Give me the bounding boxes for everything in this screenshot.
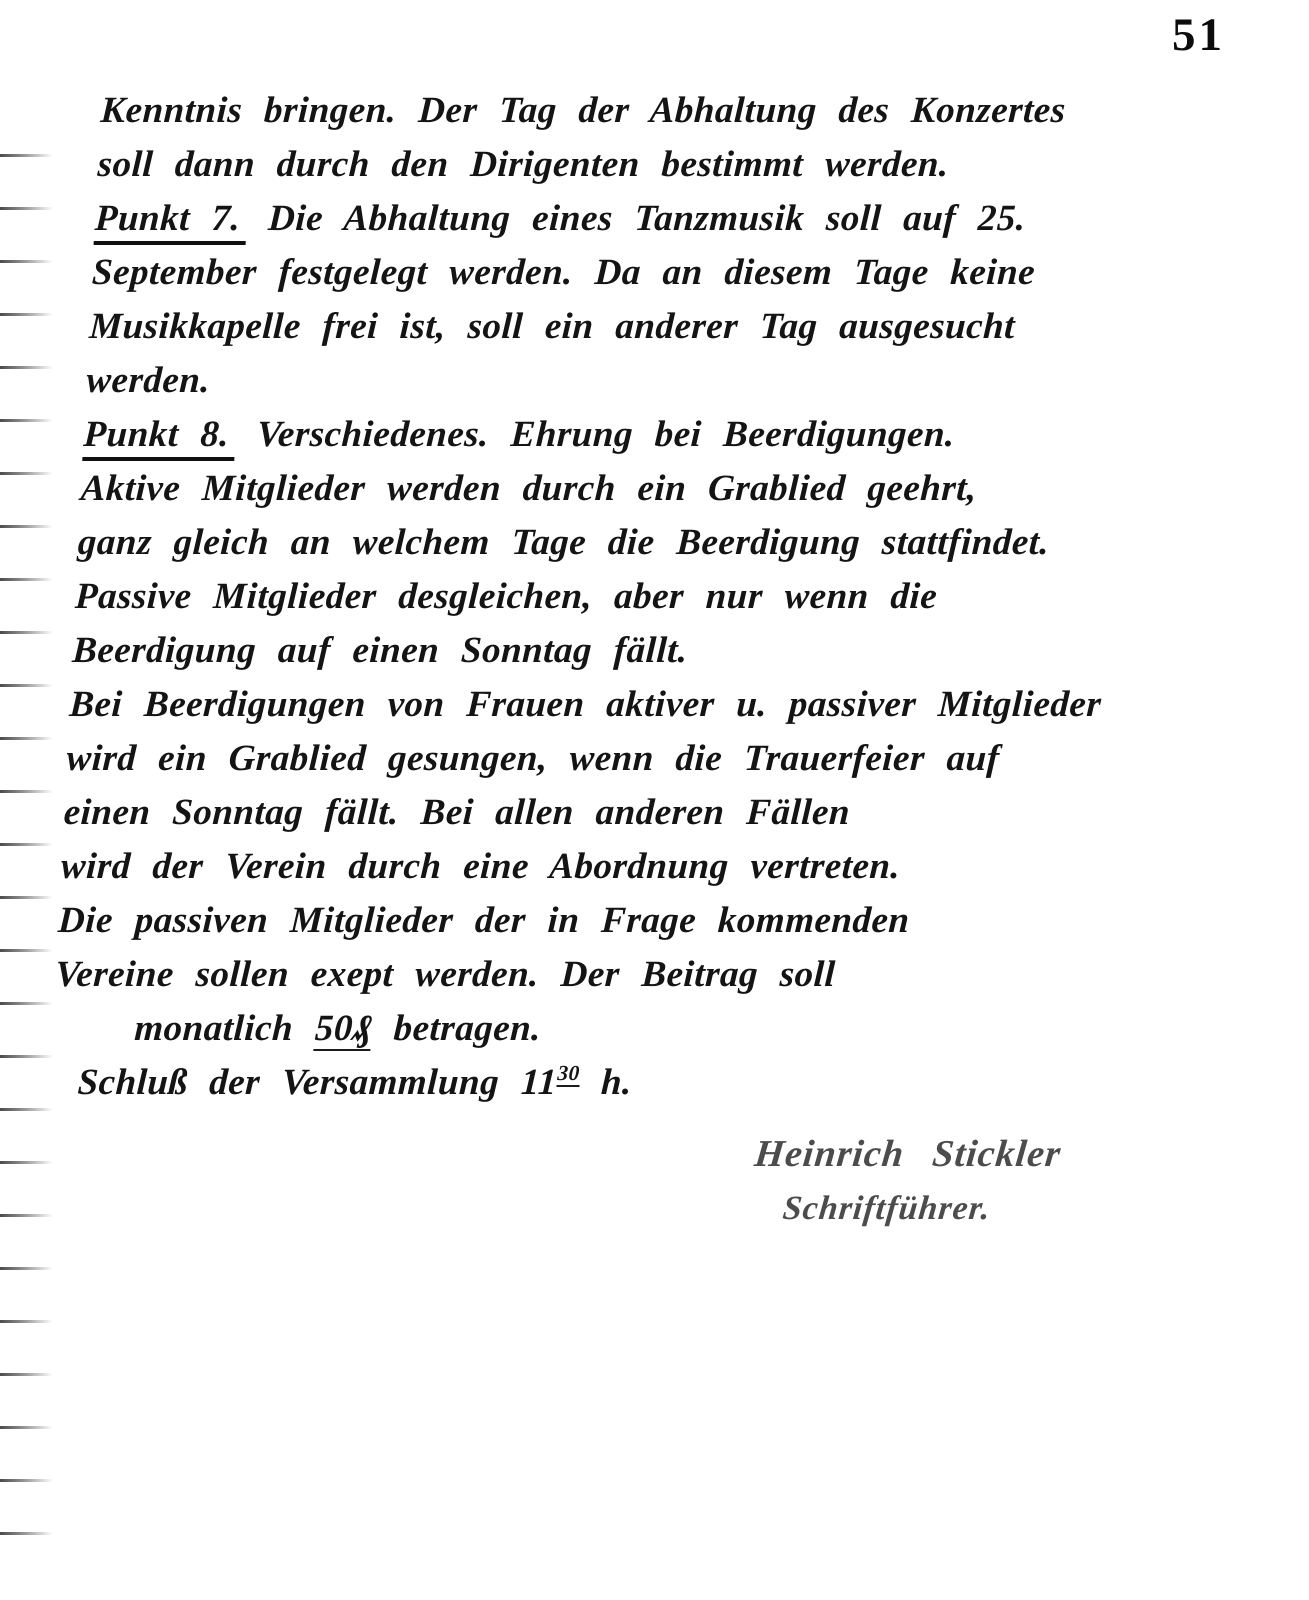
line-text: Musikkapelle frei ist, soll ein anderer … bbox=[88, 306, 1016, 347]
line-text: Aktive Mitglieder werden durch ein Grabl… bbox=[80, 468, 978, 509]
signature-role: Schriftführer. bbox=[747, 1190, 1057, 1228]
handwritten-line: Passive Mitglieder desgleichen, aber nur… bbox=[74, 570, 1267, 624]
handwritten-line: soll dann durch den Dirigenten bestimmt … bbox=[96, 138, 1289, 192]
signature-name: Heinrich Stickler bbox=[752, 1132, 1063, 1176]
line-text: h. bbox=[578, 1062, 633, 1103]
line-text: Die Abhaltung eines Tanzmusik soll auf 2… bbox=[245, 198, 1026, 239]
handwritten-line: Bei Beerdigungen von Frauen aktiver u. p… bbox=[68, 678, 1261, 732]
line-text: Verschiedenes. Ehrung bei Beerdigungen. bbox=[234, 414, 956, 455]
handwritten-line: wird der Verein durch eine Abordnung ver… bbox=[60, 840, 1253, 894]
line-text: Beerdigung auf einen Sonntag fällt. bbox=[71, 630, 689, 671]
ledger-ruled-line-marks bbox=[0, 104, 60, 1584]
handwritten-line: September festgelegt werden. Da an diese… bbox=[91, 246, 1284, 300]
time-superscript: 30 bbox=[557, 1061, 581, 1087]
line-text: wird der Verein durch eine Abordnung ver… bbox=[60, 846, 902, 887]
line-text: Kenntnis bringen. Der Tag der Abhaltung … bbox=[100, 90, 1067, 131]
line-text: ganz gleich an welchem Tage die Beerdigu… bbox=[77, 522, 1051, 563]
handwritten-line: werden. bbox=[85, 354, 1278, 408]
handwritten-line: Aktive Mitglieder werden durch ein Grabl… bbox=[79, 462, 1272, 516]
handwritten-line-monthly-fee: monatlich 50₰ betragen. bbox=[51, 1002, 1244, 1056]
scanned-minutes-page: 51 Kenntnis bringen. Der Tag der Abhaltu… bbox=[0, 0, 1309, 1600]
fee-amount-underlined: 50₰ bbox=[314, 1009, 373, 1051]
page-number: 51 bbox=[1172, 8, 1225, 62]
line-text: September festgelegt werden. Da an diese… bbox=[91, 252, 1036, 293]
signature-block: Heinrich Stickler Schriftführer. bbox=[747, 1132, 1063, 1228]
line-text: Passive Mitglieder desgleichen, aber nur… bbox=[74, 576, 938, 617]
handwritten-line-closing-time: Schluß der Versammlung 1130 h. bbox=[48, 1056, 1241, 1110]
handwritten-line: Kenntnis bringen. Der Tag der Abhaltung … bbox=[99, 84, 1292, 138]
punkt-8-label: Punkt 8. bbox=[82, 413, 236, 461]
handwritten-line-punkt-7: Punkt 7. Die Abhaltung eines Tanzmusik s… bbox=[94, 192, 1287, 246]
handwritten-line-punkt-8: Punkt 8. Verschiedenes. Ehrung bei Beerd… bbox=[82, 408, 1275, 462]
minutes-text-block: Kenntnis bringen. Der Tag der Abhaltung … bbox=[48, 84, 1292, 1110]
line-text: einen Sonntag fällt. Bei allen anderen F… bbox=[63, 792, 851, 833]
line-text: Die passiven Mitglieder der in Frage kom… bbox=[57, 900, 911, 941]
line-text: Bei Beerdigungen von Frauen aktiver u. p… bbox=[68, 684, 1102, 725]
handwritten-line: wird ein Grablied gesungen, wenn die Tra… bbox=[65, 732, 1258, 786]
handwritten-line: ganz gleich an welchem Tage die Beerdigu… bbox=[77, 516, 1270, 570]
handwritten-line: Musikkapelle frei ist, soll ein anderer … bbox=[88, 300, 1281, 354]
handwritten-line: Vereine sollen exept werden. Der Beitrag… bbox=[54, 948, 1247, 1002]
line-text: soll dann durch den Dirigenten bestimmt … bbox=[97, 144, 950, 185]
handwritten-line: Beerdigung auf einen Sonntag fällt. bbox=[71, 624, 1264, 678]
line-text: Schluß der Versammlung 11 bbox=[77, 1062, 558, 1103]
handwritten-line: Die passiven Mitglieder der in Frage kom… bbox=[57, 894, 1250, 948]
line-text: wird ein Grablied gesungen, wenn die Tra… bbox=[66, 738, 1001, 779]
handwritten-line: einen Sonntag fällt. Bei allen anderen F… bbox=[62, 786, 1255, 840]
line-text: betragen. bbox=[371, 1008, 542, 1049]
punkt-7-label: Punkt 7. bbox=[94, 197, 248, 245]
line-text: Vereine sollen exept werden. Der Beitrag… bbox=[54, 954, 836, 995]
line-text: werden. bbox=[85, 360, 211, 401]
line-text: monatlich bbox=[133, 1008, 316, 1049]
